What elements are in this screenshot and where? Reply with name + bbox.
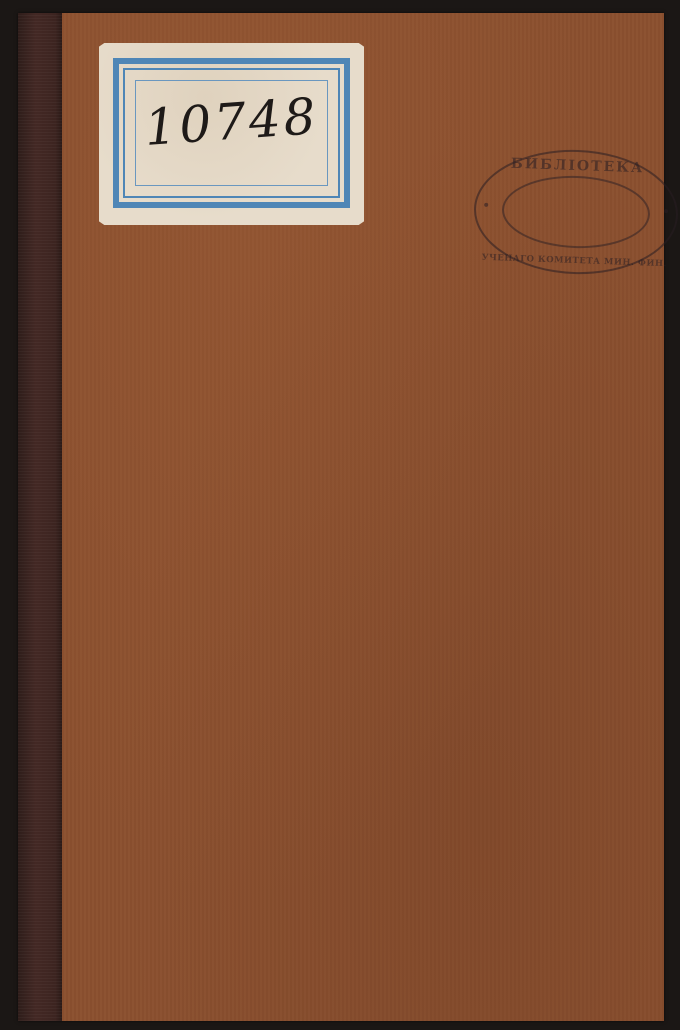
book-spine [18,13,62,1021]
shelf-label: 10748 [99,43,364,225]
stamp-dot-right [664,209,668,213]
book-cover: 10748 БИБЛІОТЕКА УЧЕНАГО КОМИТЕТА МИН. Ф… [62,13,664,1021]
book: 10748 БИБЛІОТЕКА УЧЕНАГО КОМИТЕТА МИН. Ф… [18,13,664,1021]
stamp-top-text: БИБЛІОТЕКА [477,155,677,178]
stamp-dot-left [484,203,488,207]
stamp-inner-oval [501,173,651,250]
library-stamp: БИБЛІОТЕКА УЧЕНАГО КОМИТЕТА МИН. ФИН. [472,146,680,277]
stamp-bottom-text: УЧЕНАГО КОМИТЕТА МИН. ФИН. [474,252,674,269]
